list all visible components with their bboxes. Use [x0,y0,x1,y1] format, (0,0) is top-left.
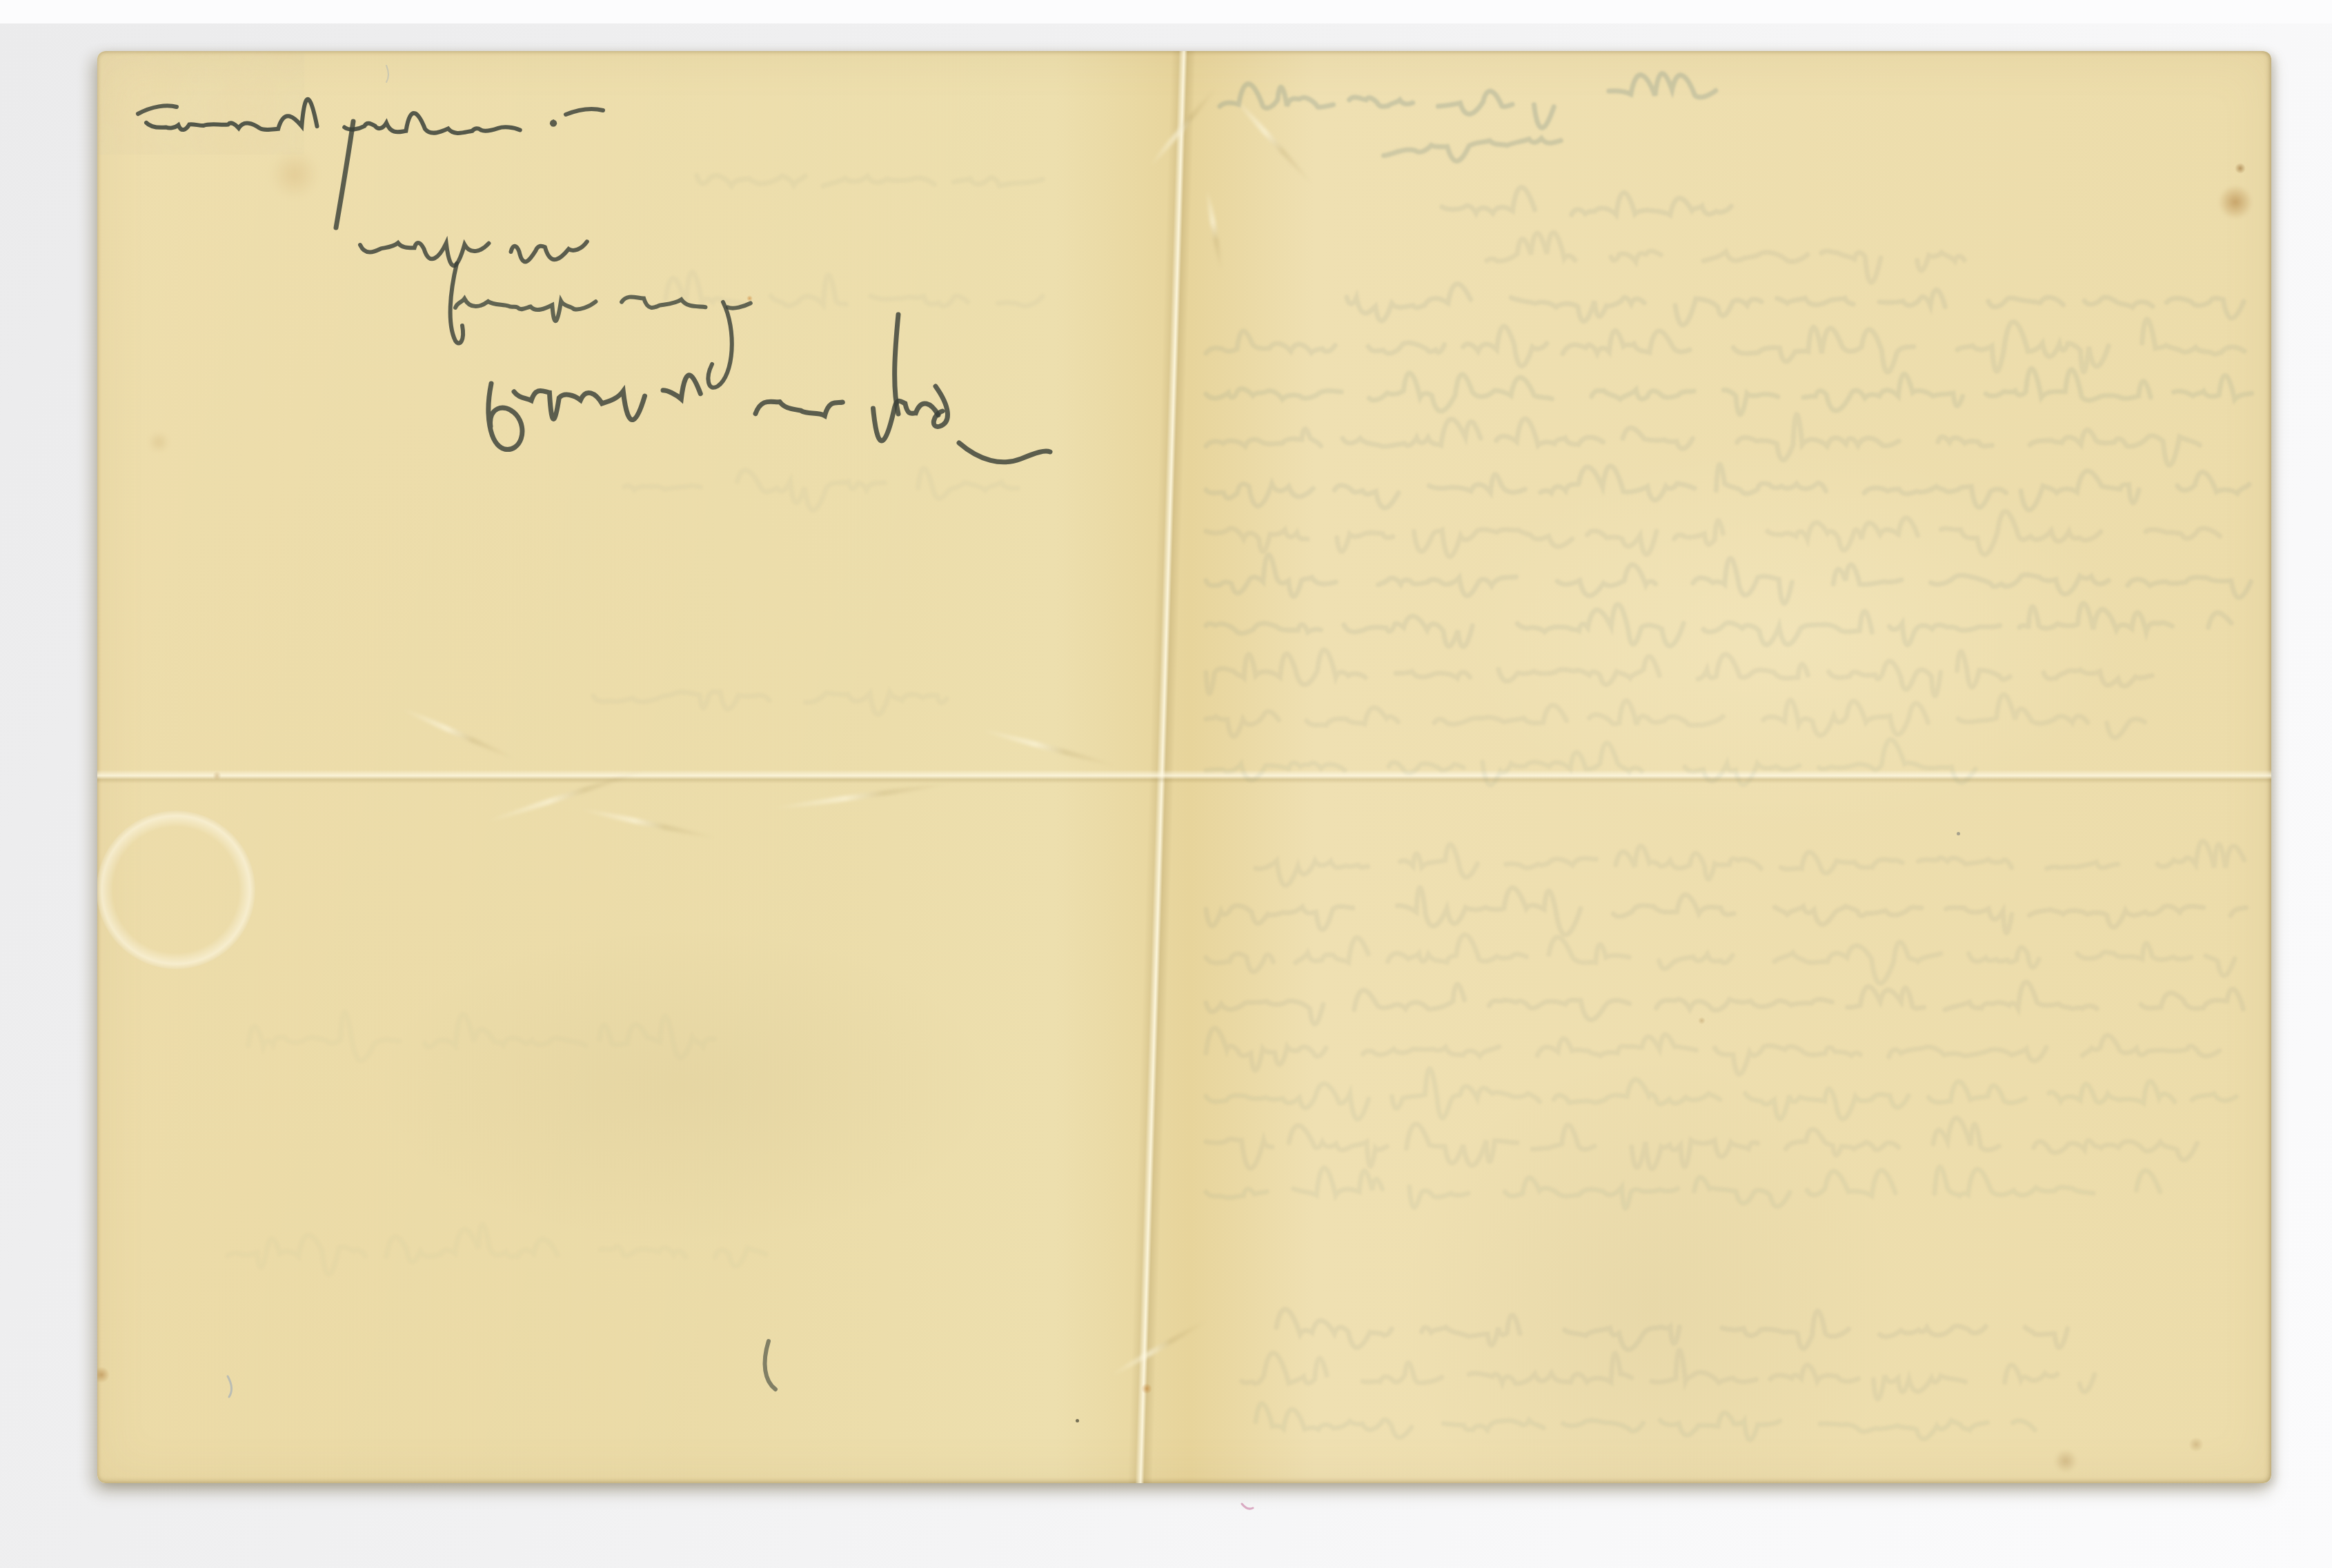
embossed-circle-mark [97,811,255,969]
wrinkle [1205,189,1225,272]
foxing-stain [2218,185,2253,219]
foxing-stain [2235,163,2246,174]
wrinkle [401,706,517,762]
letter-paper [97,51,2271,1483]
wrinkle [981,727,1116,768]
horizontal-fold-crease [97,770,2271,784]
speck [1076,1419,1079,1422]
vertical-fold-crease [1127,51,1196,1483]
wrinkle [1110,1318,1209,1378]
foxing-stain [97,1367,110,1383]
foxing-stain [747,295,753,301]
paper-texture [97,51,304,155]
foxing-stain [2054,1449,2077,1473]
wrinkle [773,781,952,811]
wrinkle [1232,95,1314,186]
foxing-stain [148,432,169,453]
foxing-stain [1698,1017,1706,1024]
speck [1957,832,1960,835]
foxing-stain [270,150,319,199]
wrinkle [580,806,716,840]
foxing-stain [2188,1437,2204,1452]
scanner-bed-top-strip [0,0,2332,23]
scanned-letter-photo: { "scan": { "description": "Scan of an a… [0,0,2332,1568]
